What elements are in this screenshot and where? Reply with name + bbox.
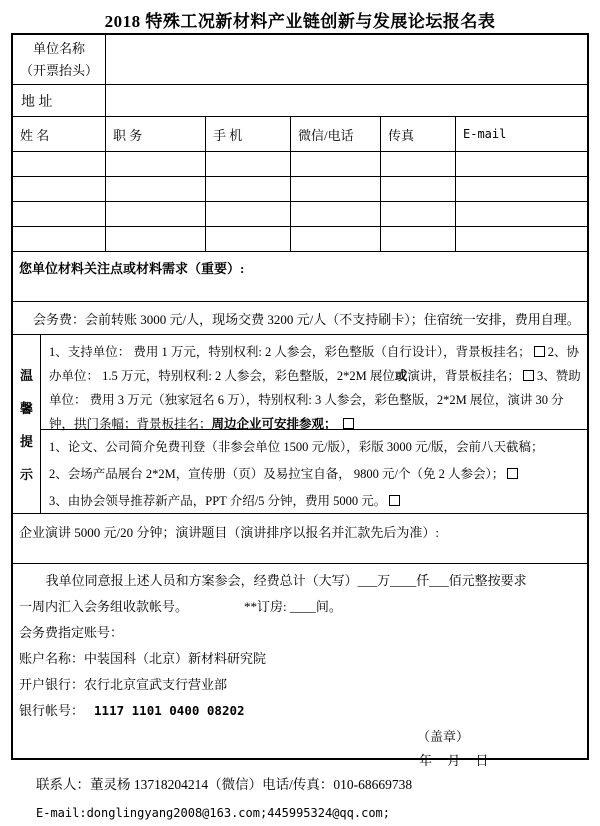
coorganizer-checkbox[interactable] (523, 370, 534, 381)
remit-note: 一周内汇入会务组收款帐号。 (19, 599, 188, 614)
tips-content: 1、支持单位： 费用 1 万元，特别权利: 2 人参会，彩色整版（自行设计），背… (41, 335, 587, 513)
bank-name: 开户银行：农行北京宣武支行营业部 (19, 672, 581, 698)
company-name-label-line2: （开票抬头） (13, 60, 105, 82)
company-name-label: 单位名称 （开票抬头） (13, 35, 106, 84)
contact-person-line: 联系人：董灵杨 13718204214（微信）电话/传真：010-6866973… (0, 773, 600, 793)
booking-field[interactable]: **订房: ____间。 (244, 599, 342, 614)
person-3-position-field[interactable] (106, 202, 206, 226)
product-recommend-checkbox[interactable] (389, 495, 400, 506)
material-needs-label: 您单位材料关注点或材料需求（重要）: (19, 261, 244, 276)
sponsor-line-bold: 周边企业可安排参观； (212, 417, 337, 431)
person-4-email-field[interactable] (456, 227, 587, 251)
bank-account-number: 1117 1101 0400 08202 (94, 703, 245, 718)
publication-options-block: 1、论文、公司简介免费刊登（非参会单位 1500 元/版），彩版 3000 元/… (41, 430, 587, 513)
person-2-position-field[interactable] (106, 177, 206, 201)
person-row-4 (13, 227, 587, 252)
address-row: 地 址 (13, 85, 587, 117)
sponsor-checkbox[interactable] (343, 418, 354, 429)
product-recommend-line: 3、由协会领导推荐新产品，PPT 介绍/5 分钟，费用 5000 元。 (49, 494, 386, 508)
account-title: 会务费指定账号： (19, 620, 581, 646)
coorganizer-line-post: 演讲，背景板挂名； (407, 369, 520, 383)
person-1-email-field[interactable] (456, 152, 587, 176)
person-3-fax-field[interactable] (381, 202, 456, 226)
person-1-wechat-field[interactable] (291, 152, 381, 176)
speech-topic-label: 企业演讲 5000 元/20 分钟；演讲题目（演讲排序以报名并汇款先后为准）: (19, 525, 439, 540)
header-mobile: 手 机 (206, 117, 291, 151)
people-header-row: 姓 名 职 务 手 机 微信/电话 传真 E-mail (13, 117, 587, 152)
person-4-fax-field[interactable] (381, 227, 456, 251)
address-label: 地 址 (13, 85, 106, 116)
person-4-mobile-field[interactable] (206, 227, 291, 251)
header-name: 姓 名 (13, 117, 106, 151)
seal-label: （盖章） (417, 724, 581, 749)
person-1-mobile-field[interactable] (206, 152, 291, 176)
bank-account-label: 银行帐号： (19, 703, 84, 718)
tips-char-3: 提 (20, 431, 33, 450)
person-row-3 (13, 202, 587, 227)
tips-vertical-label: 温 馨 提 示 (13, 335, 41, 513)
booth-checkbox[interactable] (507, 468, 518, 479)
person-1-position-field[interactable] (106, 152, 206, 176)
tips-char-1: 温 (20, 365, 33, 384)
tips-char-2: 馨 (20, 398, 33, 417)
company-name-field[interactable] (106, 35, 587, 84)
person-4-name-field[interactable] (13, 227, 106, 251)
agreement-line-1: 我单位同意报上述人员和方案参会，经费总计（大写）___万____仟___佰元整按… (19, 568, 581, 594)
person-2-email-field[interactable] (456, 177, 587, 201)
person-2-name-field[interactable] (13, 177, 106, 201)
form-title: 2018 特殊工况新材料产业链创新与发展论坛报名表 (0, 0, 600, 33)
conference-fee-row: 会务费：会前转账 3000 元/人，现场交费 3200 元/人（不支持刷卡）；住… (13, 302, 587, 335)
person-1-name-field[interactable] (13, 152, 106, 176)
header-fax: 传真 (381, 117, 456, 151)
registration-table: 单位名称 （开票抬头） 地 址 姓 名 职 务 手 机 微信/电话 传真 E-m… (11, 33, 589, 760)
person-row-2 (13, 177, 587, 202)
person-2-wechat-field[interactable] (291, 177, 381, 201)
support-unit-line: 1、支持单位： 费用 1 万元，特别权利: 2 人参会，彩色整版（自行设计），背… (49, 345, 531, 359)
date-label: 年 月 日 (419, 749, 581, 772)
header-wechat-phone: 微信/电话 (291, 117, 381, 151)
contact-email-line: E-mail:donglingyang2008@163.com;44599532… (0, 806, 600, 820)
support-unit-checkbox[interactable] (534, 346, 545, 357)
header-email: E-mail (456, 117, 587, 151)
conference-fee-note: 会务费：会前转账 3000 元/人，现场交费 3200 元/人（不支持刷卡）；住… (33, 309, 580, 328)
agreement-payment-row: 我单位同意报上述人员和方案参会，经费总计（大写）___万____仟___佰元整按… (13, 564, 587, 758)
sponsor-options-block: 1、支持单位： 费用 1 万元，特别权利: 2 人参会，彩色整版（自行设计），背… (41, 335, 587, 430)
person-2-mobile-field[interactable] (206, 177, 291, 201)
person-row-1 (13, 152, 587, 177)
person-4-wechat-field[interactable] (291, 227, 381, 251)
person-1-fax-field[interactable] (381, 152, 456, 176)
booth-line: 2、会场产品展台 2*2M，宣传册（页）及易拉宝自备， 9800 元/个（免 2… (49, 467, 504, 481)
person-3-email-field[interactable] (456, 202, 587, 226)
account-name: 账户名称：中装国科（北京）新材料研究院 (19, 646, 581, 672)
header-position: 职 务 (106, 117, 206, 151)
material-needs-row[interactable]: 您单位材料关注点或材料需求（重要）: (13, 252, 587, 302)
person-3-name-field[interactable] (13, 202, 106, 226)
paper-publish-line: 1、论文、公司简介免费刊登（非参会单位 1500 元/版），彩版 3000 元/… (49, 440, 543, 454)
speech-topic-row[interactable]: 企业演讲 5000 元/20 分钟；演讲题目（演讲排序以报名并汇款先后为准）: (13, 514, 587, 564)
address-field[interactable] (106, 85, 587, 116)
agreement-line-2: 一周内汇入会务组收款帐号。**订房: ____间。 (19, 594, 581, 620)
person-3-wechat-field[interactable] (291, 202, 381, 226)
tips-char-4: 示 (20, 464, 33, 483)
person-3-mobile-field[interactable] (206, 202, 291, 226)
coorganizer-line-bold: 或 (395, 369, 408, 383)
company-name-row: 单位名称 （开票抬头） (13, 35, 587, 85)
person-2-fax-field[interactable] (381, 177, 456, 201)
tips-row: 温 馨 提 示 1、支持单位： 费用 1 万元，特别权利: 2 人参会，彩色整版… (13, 335, 587, 514)
person-4-position-field[interactable] (106, 227, 206, 251)
company-name-label-line1: 单位名称 (13, 38, 105, 60)
registration-form-page: 2018 特殊工况新材料产业链创新与发展论坛报名表 单位名称 （开票抬头） 地 … (0, 0, 600, 826)
bank-account-line: 银行帐号：1117 1101 0400 08202 (19, 698, 581, 724)
